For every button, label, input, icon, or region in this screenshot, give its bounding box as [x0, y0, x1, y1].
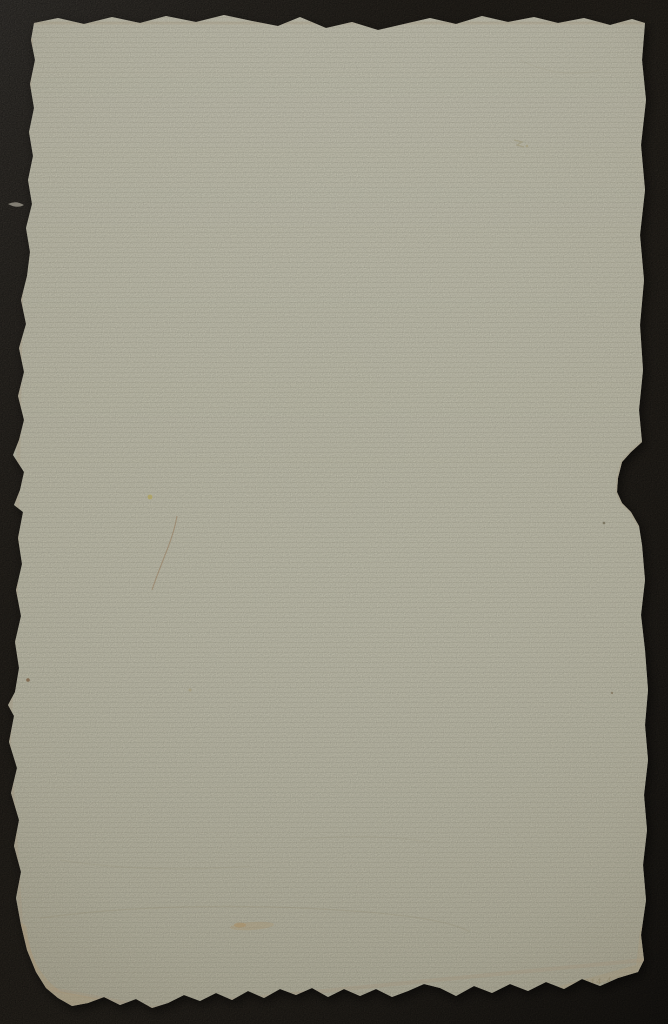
paper-grain: [0, 0, 668, 1024]
photo-backdrop: 2014.4.319: [0, 0, 668, 1024]
scanned-paper-image: 2014.4.319: [0, 0, 668, 1024]
